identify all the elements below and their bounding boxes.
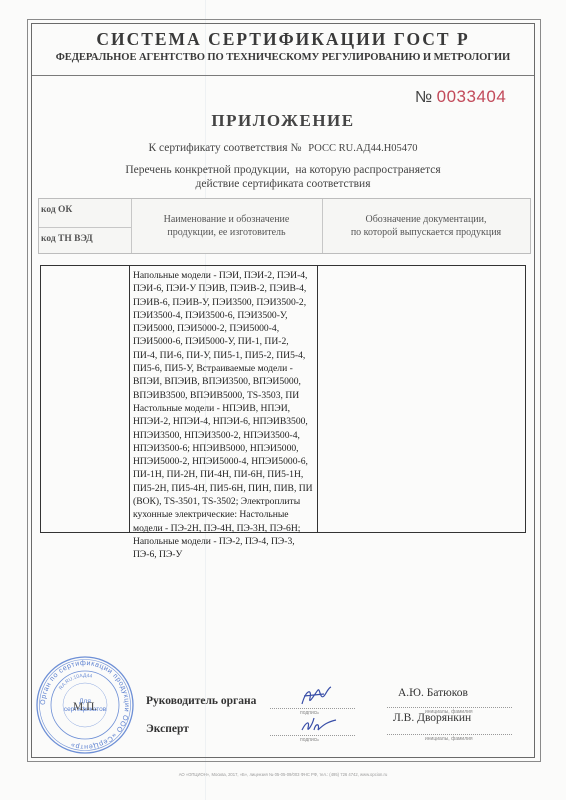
head-label: Руководитель органа xyxy=(146,695,256,707)
products-list: Напольные модели - ПЭИ, ПЭИ-2, ПЭИ-4, ПЭ… xyxy=(129,266,317,562)
system-title: СИСТЕМА СЕРТИФИКАЦИИ ГОСТ Р xyxy=(31,29,535,50)
list-title: Перечень конкретной продукции, на котору… xyxy=(31,163,535,191)
list-title-line2: действие сертификата соответствия xyxy=(31,177,535,191)
header-divider xyxy=(32,75,534,76)
head-name-line xyxy=(387,707,512,708)
list-title-line1: Перечень конкретной продукции, на котору… xyxy=(31,163,535,177)
product-header-line1: Наименование и обозначение xyxy=(164,213,290,226)
expert-name-caption: инициалы, фамилия xyxy=(425,736,473,742)
expert-signature-icon xyxy=(298,712,338,736)
serial-value: 0033404 xyxy=(437,87,507,106)
serial-number: № 0033404 xyxy=(415,87,506,107)
seal-placeholder: М.П. xyxy=(73,701,97,713)
expert-label: Эксперт xyxy=(146,723,189,735)
table-row: Напольные модели - ПЭИ, ПЭИ-2, ПЭИ-4, ПЭ… xyxy=(40,265,526,533)
head-name: А.Ю. Батюков xyxy=(398,687,468,699)
docs-column-header: Обозначение документации, по которой вып… xyxy=(322,199,530,253)
table-header: код ОК код ТН ВЭД Наименование и обознач… xyxy=(38,198,531,254)
certificate-reference: К сертификату соответствия № РОСС RU.АД4… xyxy=(31,142,535,154)
docs-header-line2: по которой выпускается продукция xyxy=(351,226,501,239)
code-divider xyxy=(39,227,131,228)
product-column-header: Наименование и обозначение продукции, ее… xyxy=(131,199,323,253)
expert-signature-caption: подпись xyxy=(300,737,319,743)
products-cell: Напольные модели - ПЭИ, ПЭИ-2, ПЭИ-4, ПЭ… xyxy=(129,266,318,532)
serial-prefix: № xyxy=(415,89,432,106)
code-ok-label: код ОК xyxy=(41,205,72,215)
code-tnved-label: код ТН ВЭД xyxy=(41,234,93,244)
print-footer: АО «ОПЦИОН», Москва, 2017, «Б», лицензия… xyxy=(0,772,566,777)
head-signature-icon xyxy=(298,684,334,710)
code-column-header: код ОК код ТН ВЭД xyxy=(39,199,132,253)
docs-header-line1: Обозначение документации, xyxy=(351,213,501,226)
expert-name-line xyxy=(387,734,512,735)
cert-ref-label: К сертификату соответствия № xyxy=(148,142,301,154)
docs-cell xyxy=(318,266,525,532)
svg-text:RA.RU.10АД44: RA.RU.10АД44 xyxy=(58,673,93,691)
cert-ref-value: РОСС RU.АД44.Н05470 xyxy=(308,143,417,154)
expert-name: Л.В. Дворянкин xyxy=(393,712,471,724)
agency-name: ФЕДЕРАЛЬНОЕ АГЕНТСТВО ПО ТЕХНИЧЕСКОМУ РЕ… xyxy=(31,52,535,63)
product-header-line2: продукции, ее изготовитель xyxy=(164,226,290,239)
document-title: ПРИЛОЖЕНИЕ xyxy=(31,111,535,131)
code-cell xyxy=(41,266,130,532)
stamp-inner-text: RA.RU.10АД44 xyxy=(58,673,93,691)
